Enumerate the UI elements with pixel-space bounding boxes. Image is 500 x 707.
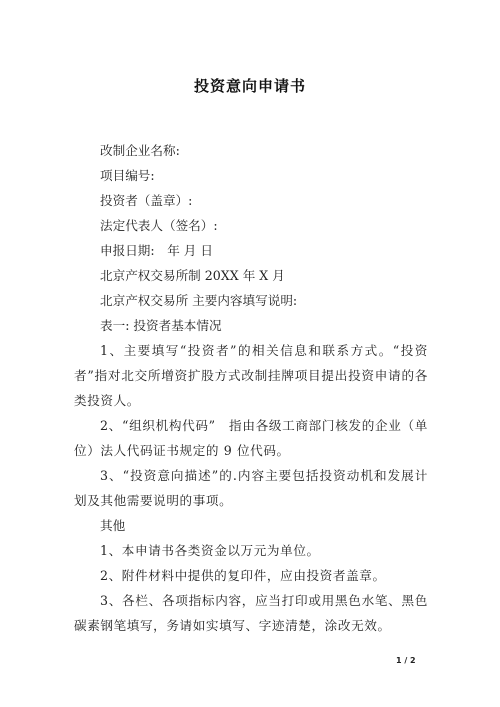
table-one-heading: 表一: 投资者基本情况 — [74, 313, 428, 338]
field-legal-representative: 法定代表人（签名）: — [74, 213, 428, 238]
field-application-date: 申报日期: 年 月 日 — [74, 238, 428, 263]
instructions-heading: 北京产权交易所 主要内容填写说明: — [74, 288, 428, 313]
instruction-item-2: 2、“组织机构代码” 指由各级工商部门核发的企业（单位）法人代码证书规定的 9 … — [74, 413, 428, 463]
other-item-2: 2、附件材料中提供的复印件，应由投资者盖章。 — [74, 563, 428, 588]
other-heading: 其他 — [74, 513, 428, 538]
instruction-item-1: 1、主要填写“投资者”的相关信息和联系方式。“投资者”指对北交所增资扩股方式改制… — [74, 338, 428, 413]
field-investor-seal: 投资者（盖章）: — [74, 188, 428, 213]
other-item-1: 1、本申请书各类资金以万元为单位。 — [74, 538, 428, 563]
other-item-3: 3、各栏、各项指标内容，应当打印或用黑色水笔、黑色碳素钢笔填写，务请如实填写、字… — [74, 588, 428, 638]
field-company-name: 改制企业名称: — [74, 138, 428, 163]
document-body: 改制企业名称: 项目编号: 投资者（盖章）: 法定代表人（签名）: 申报日期: … — [74, 138, 428, 638]
document-title: 投资意向申请书 — [0, 75, 500, 96]
field-project-number: 项目编号: — [74, 163, 428, 188]
document-page: 投资意向申请书 改制企业名称: 项目编号: 投资者（盖章）: 法定代表人（签名）… — [0, 0, 500, 707]
instruction-item-3: 3、“投资意向描述”的.内容主要包括投资动机和发展计划及其他需要说明的事项。 — [74, 463, 428, 513]
issuer-line: 北京产权交易所制 20XX 年 X 月 — [74, 263, 428, 288]
page-number: 1 / 2 — [396, 656, 416, 665]
